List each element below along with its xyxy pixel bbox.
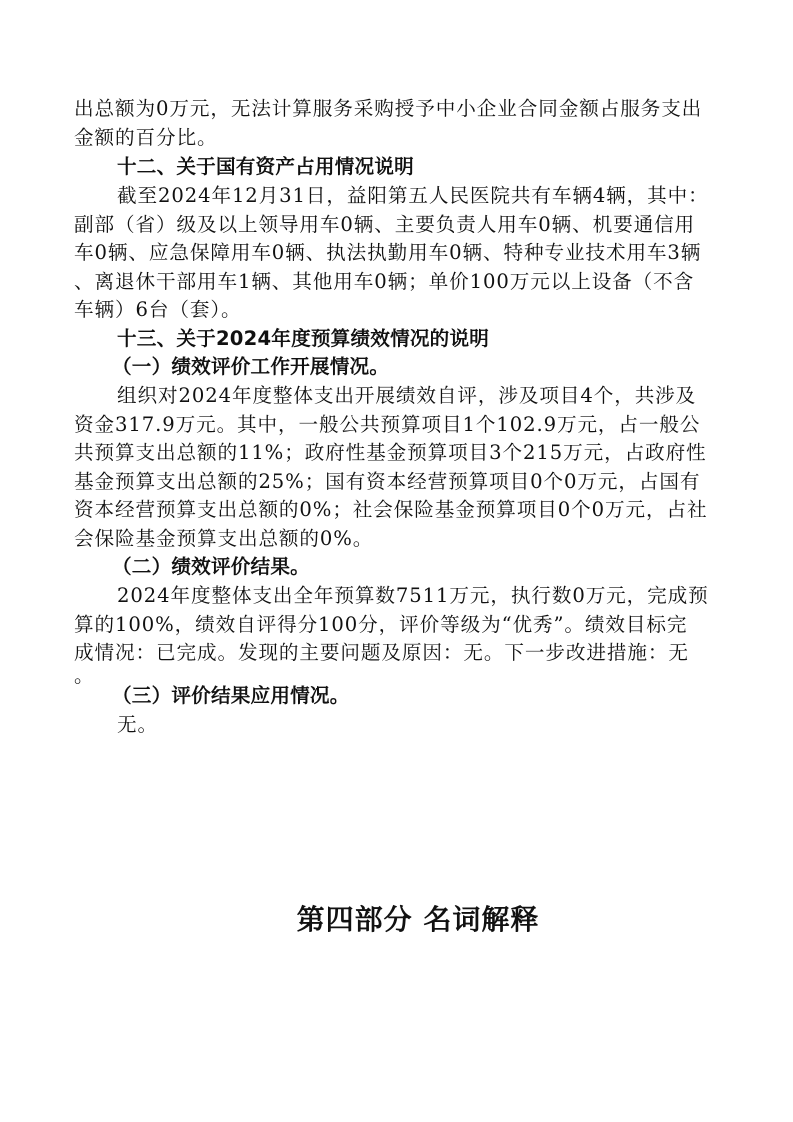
paragraph-line: 无。 — [117, 713, 158, 737]
paragraph-line: 共预算支出总额的11%；政府性基金预算项目3个215万元，占政府性 — [74, 441, 707, 465]
paragraph-line: 基金预算支出总额的25%；国有资本经营预算项目0个0万元，占国有 — [74, 470, 700, 494]
section-heading-13: 十三、关于2024年度预算绩效情况的说明 — [117, 327, 489, 351]
document-page: 出总额为0万元，无法计算服务采购授予中小企业合同金额占服务支出 金额的百分比。 … — [0, 0, 793, 1122]
subsection-heading-2: （二）绩效评价结果。 — [112, 555, 310, 579]
paragraph-line: 出总额为0万元，无法计算服务采购授予中小企业合同金额占服务支出 — [74, 97, 702, 121]
paragraph-line: 车辆）6台（套）。 — [74, 298, 242, 322]
paragraph-line: 资金317.9万元。其中，一般公共预算项目1个102.9万元，占一般公 — [74, 413, 700, 437]
paragraph-line: 金额的百分比。 — [74, 126, 217, 150]
paragraph-line: 成情况：已完成。发现的主要问题及原因：无。下一步改进措施：无 — [74, 641, 689, 665]
paragraph-line: 组织对2024年度整体支出开展绩效自评，涉及项目4个，共涉及 — [117, 384, 696, 408]
paragraph-line: 算的100%，绩效自评得分100分，评价等级为“优秀”。绩效目标完 — [74, 613, 687, 637]
subsection-heading-3: （三）评价结果应用情况。 — [112, 684, 350, 708]
paragraph-line: 、离退休干部用车1辆、其他用车0辆；单价100万元以上设备（不含 — [74, 270, 694, 294]
paragraph-line: 副部（省）级及以上领导用车0辆、主要负责人用车0辆、机要通信用 — [74, 213, 695, 237]
paragraph-line: 。 — [74, 664, 95, 688]
subsection-heading-1: （一）绩效评价工作开展情况。 — [112, 355, 389, 379]
part-title: 第四部分 名词解释 — [0, 902, 793, 938]
paragraph-line: 2024年度整体支出全年预算数7511万元，执行数0万元，完成预 — [117, 584, 709, 608]
paragraph-line: 资本经营预算支出总额的0%；社会保险基金预算项目0个0万元，占社 — [74, 498, 707, 522]
paragraph-line: 截至2024年12月31日，益阳第五人民医院共有车辆4辆，其中： — [117, 184, 709, 208]
section-heading-12: 十二、关于国有资产占用情况说明 — [117, 155, 414, 179]
paragraph-line: 会保险基金预算支出总额的0%。 — [74, 527, 373, 551]
paragraph-line: 车0辆、应急保障用车0辆、执法执勤用车0辆、特种专业技术用车3辆 — [74, 241, 701, 265]
